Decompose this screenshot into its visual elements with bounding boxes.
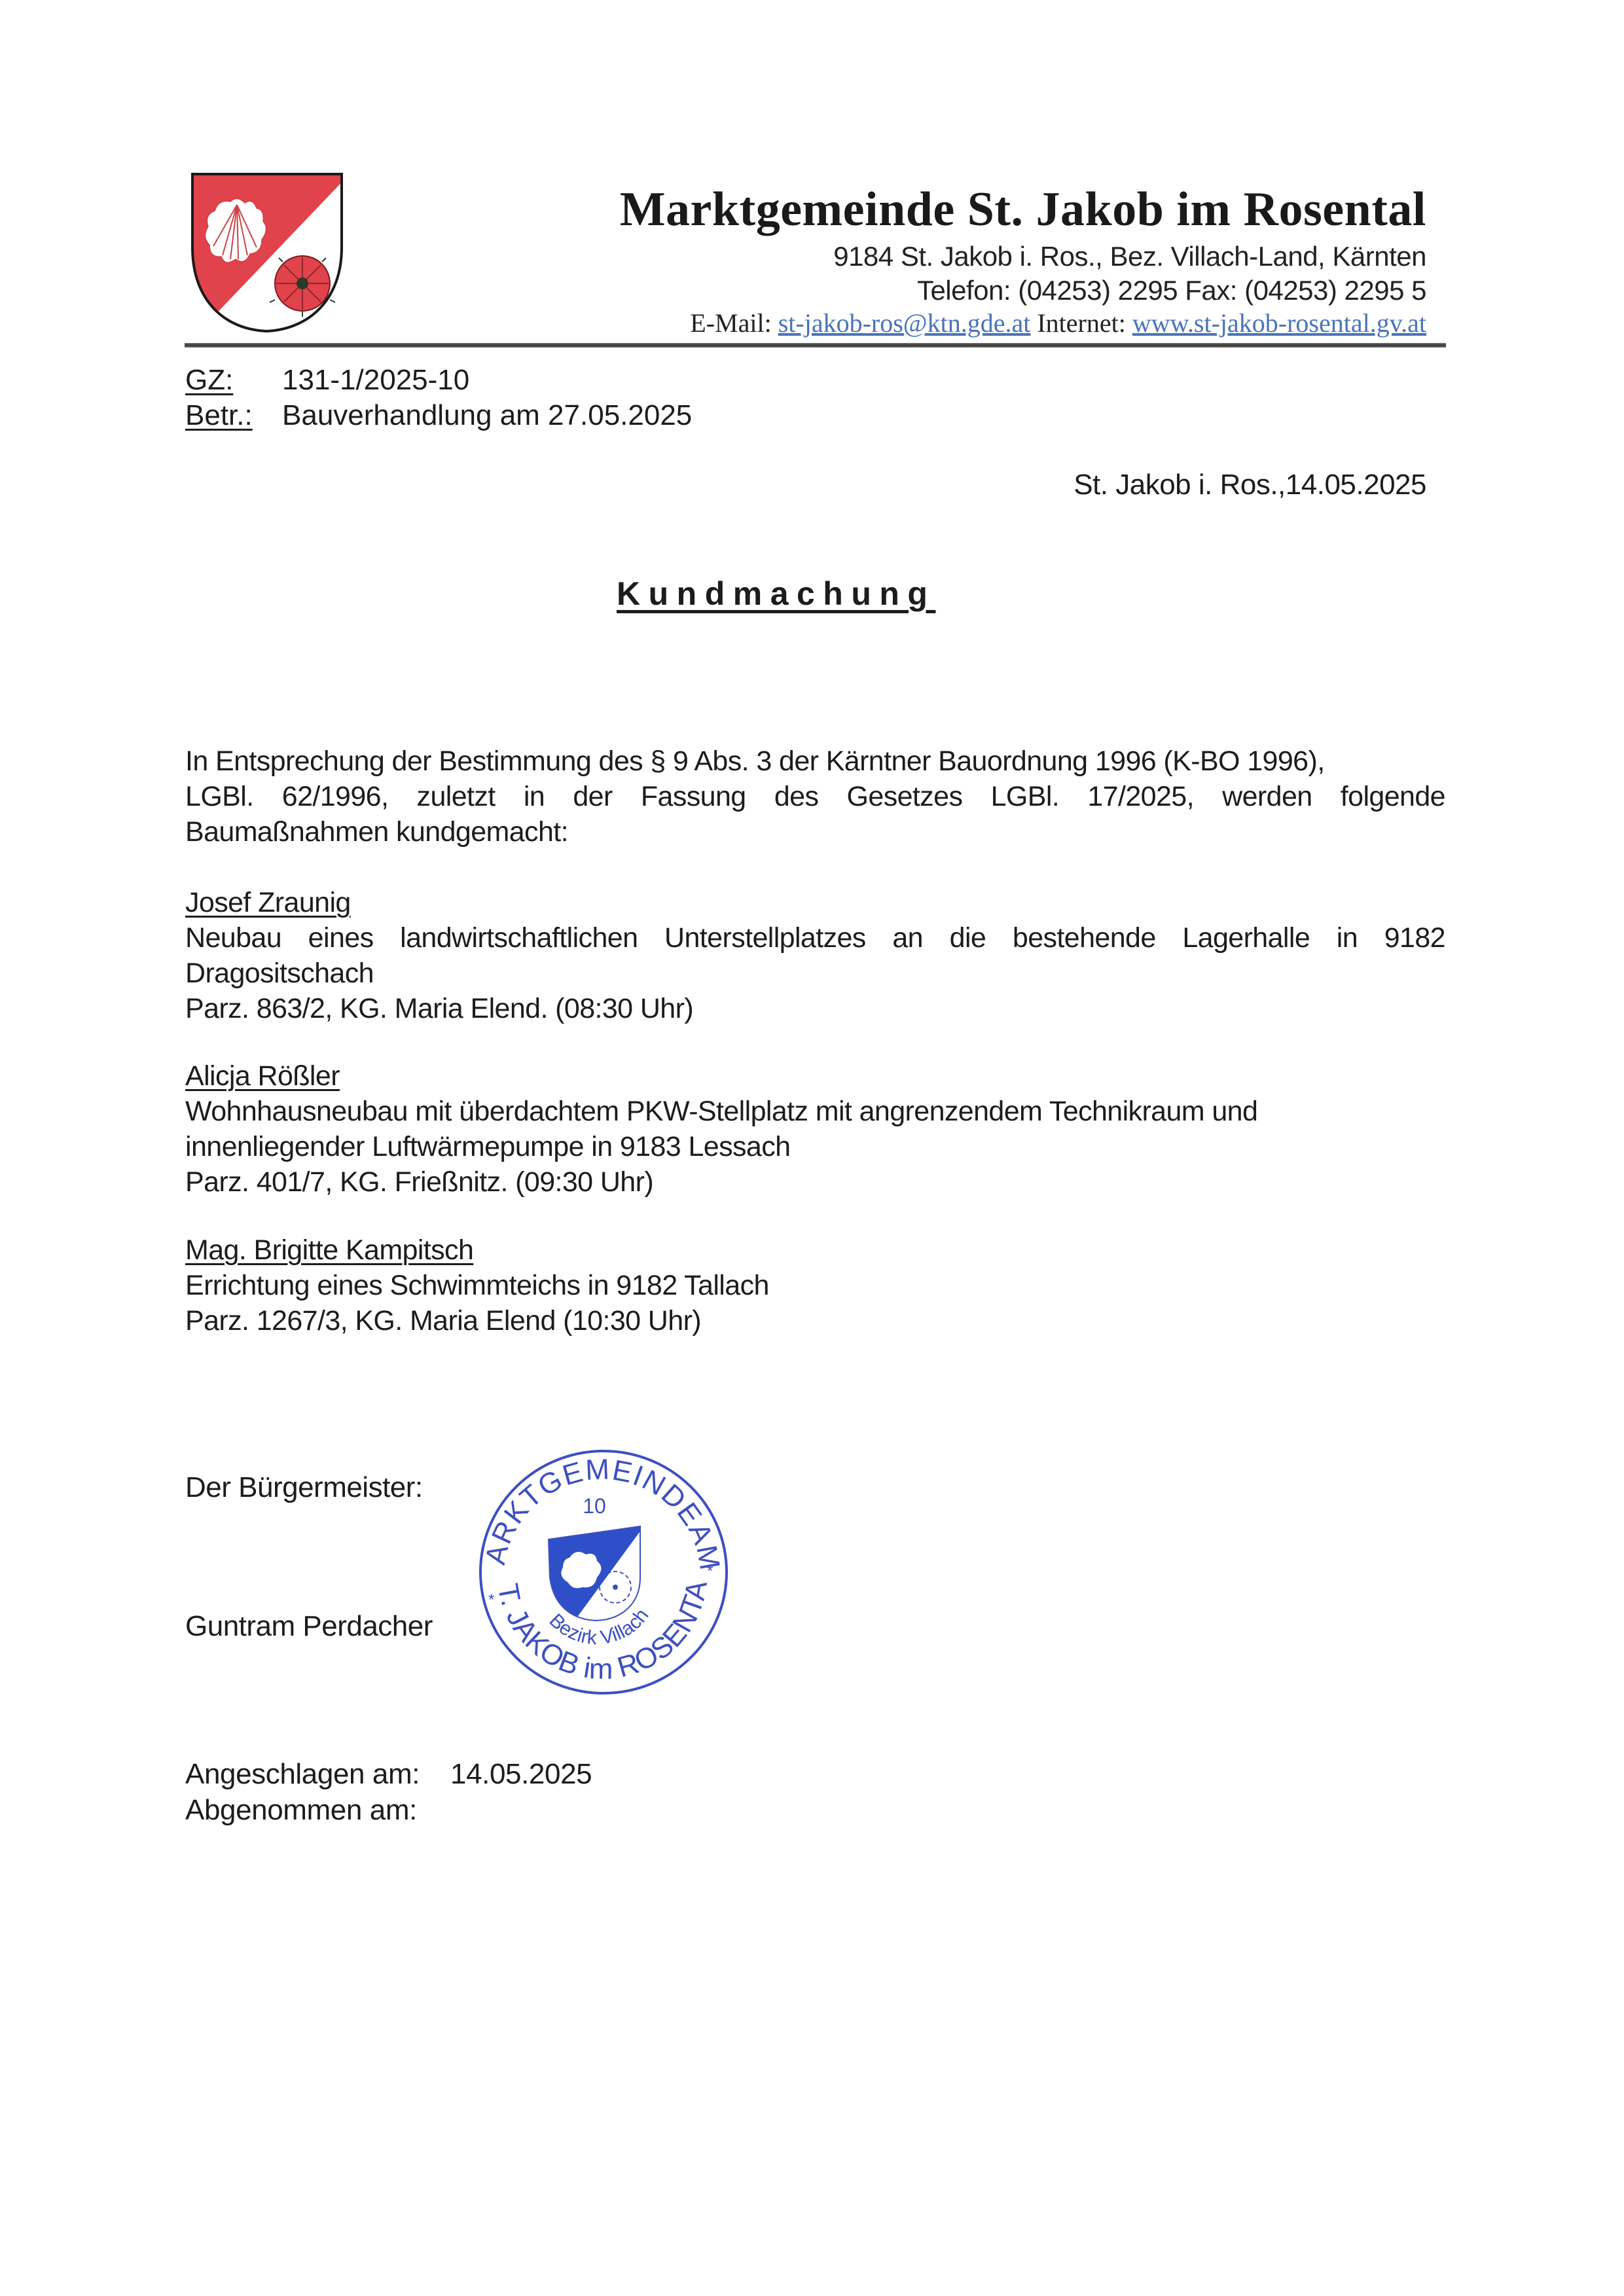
seal-shield-icon [543, 1525, 645, 1623]
posting-info: Angeschlagen am:14.05.2025 Abgenommen am… [185, 1756, 592, 1828]
coat-of-arms-icon [185, 169, 348, 336]
document-title: Kundmachung [617, 575, 935, 613]
project-description: innenliegender Luftwärmepumpe in 9183 Le… [185, 1129, 1445, 1164]
project-description: Neubau eines landwirtschaftlichen Unters… [185, 920, 1445, 956]
removed-label: Abgenommen am: [185, 1792, 450, 1828]
gz-label: GZ: [185, 364, 282, 397]
applicant-name: Mag. Brigitte Kampitsch [185, 1232, 473, 1268]
signature-title: Der Bürgermeister: [185, 1471, 423, 1504]
organization-contact: E-Mail: st-jakob-ros@ktn.gde.at Internet… [690, 308, 1426, 338]
intro-line: Baumaßnahmen kundgemacht: [185, 814, 1445, 850]
email-link[interactable]: st-jakob-ros@ktn.gde.at [778, 308, 1031, 338]
project-entry: Alicja Rößler Wohnhausneubau mit überdac… [185, 1058, 1445, 1200]
applicant-name: Josef Zraunig [185, 885, 351, 920]
gz-value: 131-1/2025-10 [282, 364, 469, 396]
intro-line: LGBl. 62/1996, zuletzt in der Fassung de… [185, 779, 1445, 814]
posted-label: Angeschlagen am: [185, 1756, 450, 1792]
internet-label: Internet: [1037, 308, 1126, 338]
seal-star-icon: * [707, 1562, 713, 1580]
betr-label: Betr.: [185, 399, 282, 432]
project-description: Dragositschach [185, 956, 1445, 991]
applicant-name: Alicja Rößler [185, 1058, 340, 1094]
seal-star-icon: * [488, 1591, 494, 1609]
official-seal-stamp-icon: MARKTGEMEINDEAMT ST. JAKOB im ROSENTAL B… [458, 1427, 746, 1715]
organization-name: Marktgemeinde St. Jakob im Rosental [620, 182, 1426, 238]
intro-paragraph: In Entsprechung der Bestimmung des § 9 A… [185, 744, 1445, 850]
project-entry: Josef Zraunig Neubau eines landwirtschaf… [185, 885, 1445, 1026]
organization-address: 9184 St. Jakob i. Ros., Bez. Villach-Lan… [833, 241, 1426, 272]
website-link[interactable]: www.st-jakob-rosental.gv.at [1132, 308, 1426, 338]
betr-value: Bauverhandlung am 27.05.2025 [282, 399, 692, 431]
seal-number: 10 [583, 1494, 606, 1518]
signatory-name: Guntram Perdacher [185, 1610, 433, 1643]
removed-row: Abgenommen am: [185, 1792, 592, 1828]
posted-row: Angeschlagen am:14.05.2025 [185, 1756, 592, 1792]
project-description: Wohnhausneubau mit überdachtem PKW-Stell… [185, 1094, 1445, 1129]
place-date: St. Jakob i. Ros.,14.05.2025 [1074, 469, 1426, 501]
reference-gz: GZ:131-1/2025-10 [185, 364, 469, 397]
intro-line: In Entsprechung der Bestimmung des § 9 A… [185, 744, 1445, 779]
letterhead-divider [185, 343, 1446, 348]
document-page: Marktgemeinde St. Jakob im Rosental 9184… [0, 0, 1624, 2296]
organization-phone: Telefon: (04253) 2295 Fax: (04253) 2295 … [917, 275, 1426, 306]
project-parcel: Parz. 1267/3, KG. Maria Elend (10:30 Uhr… [185, 1303, 1445, 1338]
project-parcel: Parz. 401/7, KG. Frießnitz. (09:30 Uhr) [185, 1164, 1445, 1200]
email-label: E-Mail: [690, 308, 771, 338]
reference-subject: Betr.:Bauverhandlung am 27.05.2025 [185, 399, 692, 432]
project-description: Errichtung eines Schwimmteichs in 9182 T… [185, 1268, 1445, 1303]
project-entry: Mag. Brigitte Kampitsch Errichtung eines… [185, 1232, 1445, 1338]
project-parcel: Parz. 863/2, KG. Maria Elend. (08:30 Uhr… [185, 991, 1445, 1026]
posted-value: 14.05.2025 [450, 1758, 592, 1790]
